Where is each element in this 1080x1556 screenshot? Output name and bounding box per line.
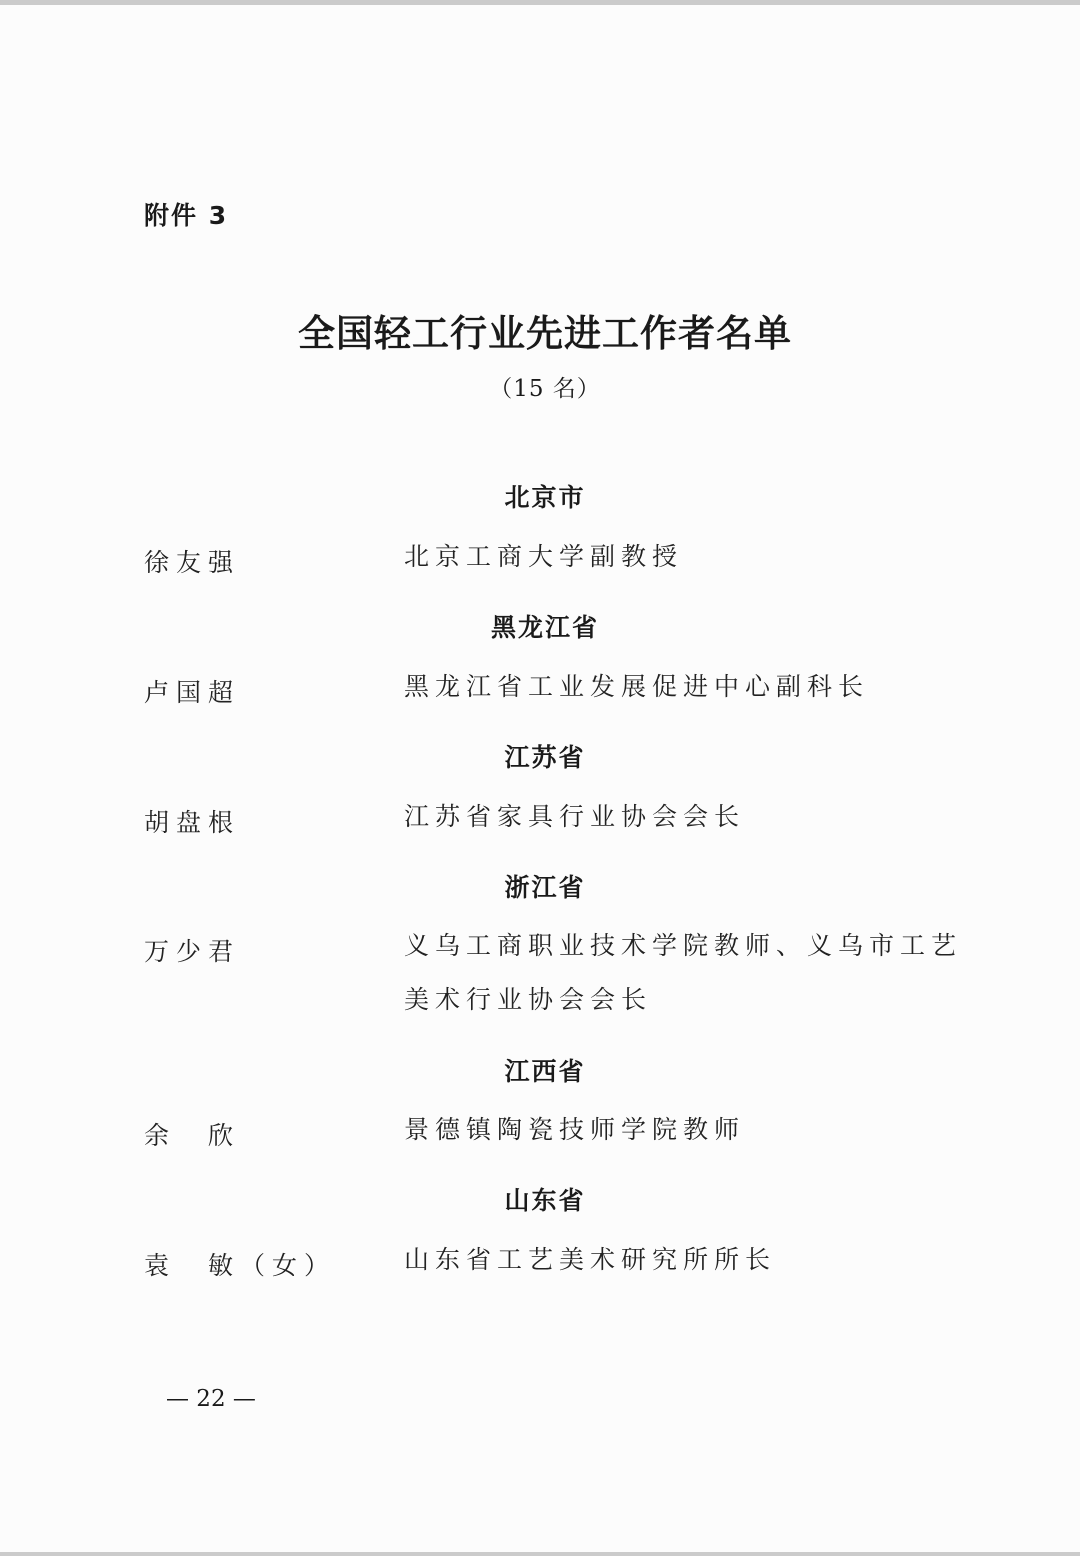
region-heading-jiangsu: 江苏省 xyxy=(0,738,1080,774)
awardee-position: 山东省工艺美术研究所所长 xyxy=(404,1233,964,1287)
awardee-name: 袁 敏（女） xyxy=(144,1246,336,1282)
awardee-name: 卢国超 xyxy=(144,673,240,709)
awardee-name: 徐友强 xyxy=(144,543,240,579)
region-heading-heilongjiang: 黑龙江省 xyxy=(0,608,1080,644)
awardee-name: 胡盘根 xyxy=(144,803,240,839)
region-heading-beijing: 北京市 xyxy=(0,478,1080,514)
awardee-position: 义乌工商职业技术学院教师、义乌市工艺美术行业协会会长 xyxy=(404,919,964,1027)
page-top-edge xyxy=(0,0,1080,5)
awardee-position: 北京工商大学副教授 xyxy=(404,530,964,584)
awardee-position: 江苏省家具行业协会会长 xyxy=(404,790,964,844)
region-heading-jiangxi: 江西省 xyxy=(0,1052,1080,1088)
document-title: 全国轻工行业先进工作者名单 xyxy=(0,303,1080,357)
awardee-position: 景德镇陶瓷技师学院教师 xyxy=(404,1103,964,1157)
attachment-label: 附件 3 xyxy=(144,196,228,232)
awardee-position: 黑龙江省工业发展促进中心副科长 xyxy=(404,660,964,714)
awardee-name: 余 欣 xyxy=(144,1116,240,1152)
document-subtitle: （15 名） xyxy=(0,370,1080,403)
awardee-name: 万少君 xyxy=(144,932,240,968)
region-heading-shandong: 山东省 xyxy=(0,1181,1080,1217)
region-heading-zhejiang: 浙江省 xyxy=(0,868,1080,904)
page-bottom-edge xyxy=(0,1552,1080,1556)
page-number: — 22 — xyxy=(166,1386,256,1412)
